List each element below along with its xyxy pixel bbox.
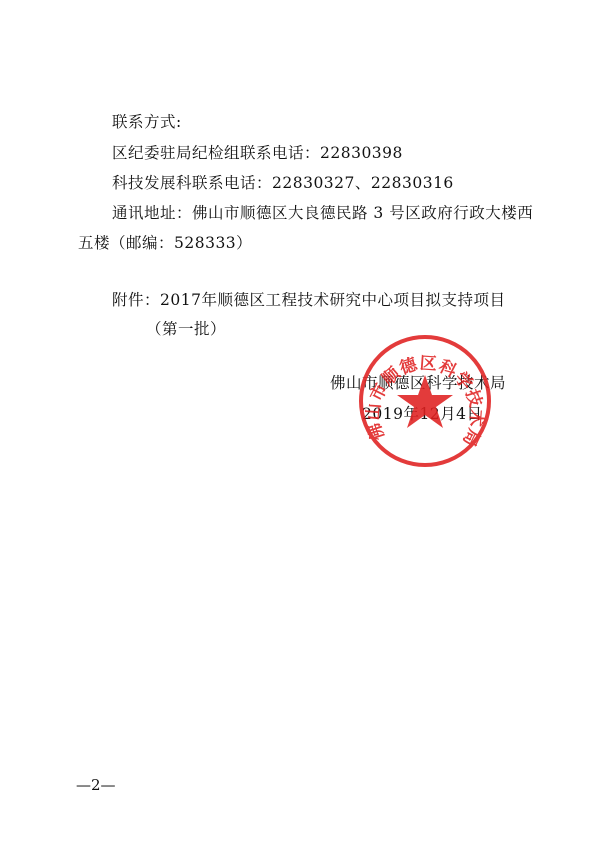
attachment-title: 附件：2017年顺德区工程技术研究中心项目拟支持项目: [112, 288, 505, 310]
attachment-subtitle: （第一批）: [146, 317, 226, 339]
contact-heading: 联系方式:: [112, 110, 182, 132]
contact-line-address: 通讯地址：佛山市顺德区大良德民路 3 号区政府行政大楼西: [112, 201, 533, 223]
contact-line-address-cont: 五楼（邮编：528333）: [78, 231, 252, 253]
contact-line-discipline-phone: 区纪委驻局纪检组联系电话：22830398: [112, 141, 403, 163]
page-number: —2—: [76, 776, 116, 794]
contact-line-tech-phone: 科技发展科联系电话：22830327、22830316: [112, 171, 454, 193]
official-seal-icon: 佛山市顺德区科学技术局: [357, 333, 493, 469]
